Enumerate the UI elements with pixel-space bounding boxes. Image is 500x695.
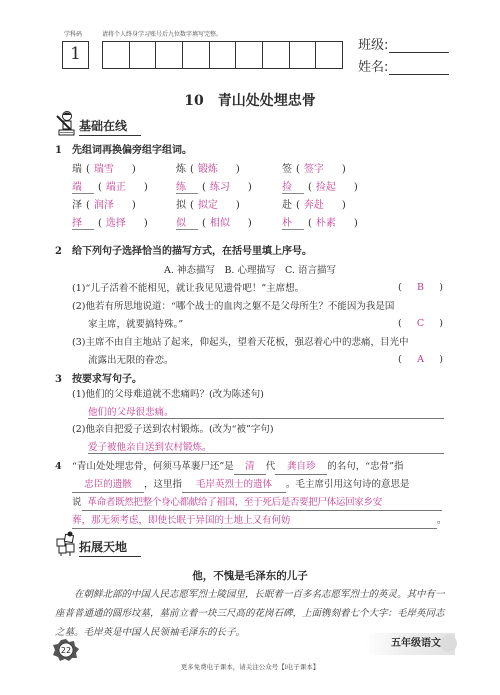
class-label: 班级: (358, 34, 388, 53)
q2-answer-2: (C) (398, 318, 443, 329)
blank-meaning: 忠臣的遗骸 (72, 478, 144, 493)
word-grid-item: 似(相似) (176, 214, 252, 230)
answer-word: 奔赴 (304, 196, 342, 211)
q3-item-1: (1)他们的父母难道就不悲痛吗？(改为陈述句) (72, 388, 264, 402)
word-grid-item: 炼(锻炼) (176, 160, 240, 175)
blank-author: 龚自珍 (275, 460, 327, 475)
id-digit-box[interactable] (316, 42, 342, 68)
answer-char: 端 (72, 178, 94, 194)
answer-word: 选择 (106, 214, 144, 229)
question-3-prompt: 3按要求写句子。 (55, 370, 142, 385)
section-label: 基础在线 (79, 117, 141, 136)
answer-word: 拟定 (198, 196, 236, 211)
question-4-line-3: 说革命者既然把整个身心都献给了祖国，至于死后是否要把尸体运回家乡安 (72, 496, 462, 511)
section-label: 拓展天地 (79, 538, 141, 557)
answer-meaning-line-2: 葬，那无须考虑，即使长眠于异国的土地上又有何妨 (72, 514, 437, 529)
id-digit-box[interactable] (290, 42, 317, 68)
id-digit-box[interactable] (156, 42, 183, 68)
answer-word: 锻炼 (198, 160, 236, 175)
student-mascot-icon (55, 110, 77, 136)
word-grid-item: 朴(朴素) (282, 214, 358, 230)
footer-note: 更多免费电子课本，请关注公众号【i电子课本】 (0, 662, 500, 671)
word-grid-item: 拟(拟定) (176, 196, 240, 211)
id-number-boxes[interactable] (102, 41, 343, 69)
subject-code-box: 1 (62, 41, 89, 69)
word-grid-item: 择(选择) (72, 214, 148, 230)
answer-meaning-line-1: 革命者既然把整个身心都献给了祖国，至于死后是否要把尸体运回家乡安 (82, 496, 442, 511)
answer-word: 朴素 (316, 214, 354, 229)
q2-answer-3: (A) (398, 354, 443, 365)
answer-word: 捡起 (316, 178, 354, 193)
page-number: 22 (61, 646, 71, 655)
q3-item-2: (2)他亲自把爱子送到农村锻炼。(改为“被”字句) (72, 423, 274, 437)
answer-char: 练 (176, 178, 198, 194)
story-title: 他，不愧是毛泽东的儿子 (0, 568, 500, 583)
description-options: A. 神态描写 B. 心理描写 C. 语言描写 (0, 262, 500, 276)
word-grid-item: 瑞(瑞雪) (72, 160, 136, 175)
id-instruction: 请将个人终身学习账号后九位数字填写完整。 (102, 29, 222, 38)
section-header-basic: 基础在线 (55, 110, 141, 136)
class-field: 班级: (358, 34, 449, 53)
q3-answer-1: 他们的父母很悲痛。 (88, 404, 444, 419)
q2-item-3: (3)主席不由自主地站了起来，仰起头，望着天花板，强忍着心中的悲痛，目光中 (72, 336, 452, 350)
q2-item-2: (2)他若有所思地说道：“哪个战士的血肉之躯不是父母所生？不能因为我是国 (72, 300, 452, 314)
id-digit-box[interactable] (263, 42, 290, 68)
answer-char: 朴 (282, 214, 304, 230)
section-header-extend: 拓展天地 (55, 531, 141, 557)
id-digit-box[interactable] (210, 42, 237, 68)
answer-word: 相似 (210, 214, 248, 229)
name-input-line[interactable] (389, 61, 449, 75)
name-field: 姓名: (358, 56, 449, 75)
question-4-line-2: 忠臣的遗骸，这里指毛岸英烈士的遗体。毛主席引用这句诗的意思是 (72, 478, 462, 493)
answer-word: 润泽 (94, 196, 132, 211)
question-1-prompt: 1先组词再换偏旁组字组词。 (55, 141, 192, 156)
blank-here-refers: 毛岸英烈士的遗体 (182, 478, 286, 493)
question-4-line-1: 4“青山处处埋忠骨，何须马革裹尸还”是清代龚自珍的名句，“忠骨”指 (55, 460, 455, 475)
name-label: 姓名: (358, 56, 388, 75)
answer-char: 捡 (282, 178, 304, 194)
id-digit-box[interactable] (183, 42, 210, 68)
word-grid-item: 泽(润泽) (72, 196, 136, 211)
answer-char: 择 (72, 214, 94, 230)
lesson-title: 10青山处处埋忠骨 (0, 90, 500, 110)
subject-code-label: 学科码 (64, 29, 82, 38)
id-digit-box[interactable] (236, 42, 263, 68)
books-mascot-icon (55, 531, 77, 557)
word-grid-item: 捡(捡起) (282, 178, 358, 194)
answer-word: 瑞雪 (94, 160, 132, 175)
q2-item-2-cont: 家主席，就要搞特殊。” (88, 318, 183, 332)
word-grid-item: 赴(奔赴) (282, 196, 346, 211)
word-grid-item: 练(练习) (176, 178, 252, 194)
question-2-prompt: 2给下列句子选择恰当的描写方式，在括号里填上序号。 (55, 242, 312, 257)
q2-item-1: (1)“儿子活着不能相见，就让我见见遗骨吧！”主席想。 (72, 282, 304, 296)
q2-answer-1: (B) (398, 282, 443, 293)
blank-dynasty: 清 (234, 460, 266, 475)
answer-word: 签字 (304, 160, 342, 175)
q3-answer-2: 爱子被他亲自送到农村锻炼。 (88, 439, 444, 454)
word-grid-item: 端(端正) (72, 178, 148, 194)
lesson-title-text: 青山处处埋忠骨 (218, 93, 316, 109)
question-4-line-4: 葬，那无须考虑，即使长眠于异国的土地上又有何妨。 (72, 514, 462, 529)
page-number-badge-icon: 22 (52, 638, 80, 662)
tab-circle-icon (440, 635, 457, 652)
class-input-line[interactable] (389, 39, 449, 53)
lesson-number: 10 (184, 93, 203, 109)
answer-word: 端正 (106, 178, 144, 193)
id-digit-box[interactable] (103, 42, 130, 68)
answer-word: 练习 (210, 178, 248, 193)
id-digit-box[interactable] (130, 42, 157, 68)
answer-char: 似 (176, 214, 198, 230)
word-grid-item: 签(签字) (282, 160, 346, 175)
q2-item-3-cont: 流露出无限的眷恋。 (88, 354, 174, 368)
